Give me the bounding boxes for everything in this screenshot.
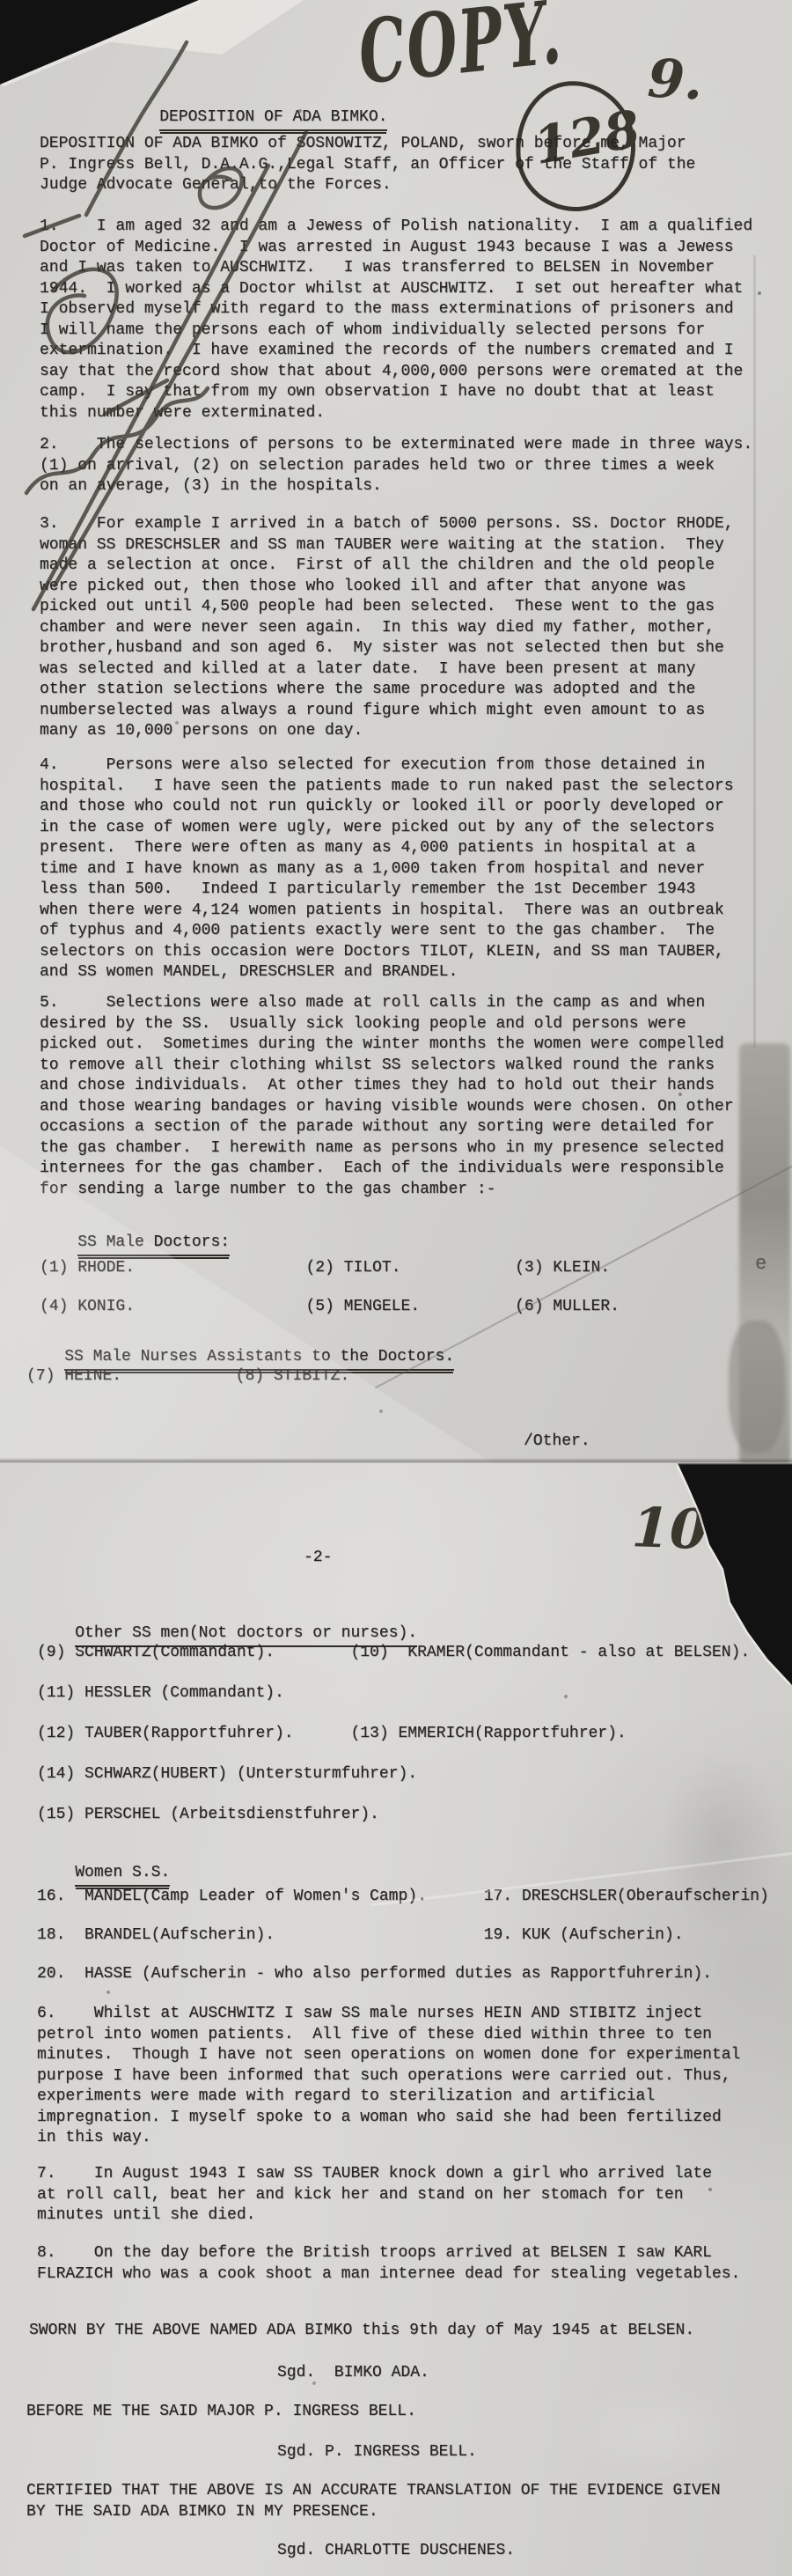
continuation-marker: /Other. <box>524 1432 590 1453</box>
torn-edge-flap <box>88 0 304 55</box>
paragraph-7: 7. In August 1943 I saw SS TAUBER knock … <box>37 2164 712 2226</box>
paragraph-2: 2. The selections of persons to be exter… <box>40 435 752 497</box>
handwritten-page-number-9: 9. <box>646 48 704 112</box>
paragraph-1: 1. I am aged 32 and am a Jewess of Polis… <box>40 217 752 423</box>
page-2-label: -2- <box>304 1548 332 1569</box>
women-ss-list: 16. MANDEL(Camp Leader of Women's Camp).… <box>37 1877 769 1993</box>
dust-specks <box>0 0 2 2</box>
before-me-line: BEFORE ME THE SAID MAJOR P. INGRESS BELL… <box>26 2402 416 2423</box>
certified-statement: CERTIFIED THAT THE ABOVE IS AN ACCURATE … <box>26 2481 721 2522</box>
paragraph-6: 6. Whilst at AUSCHWITZ I saw SS male nur… <box>37 2004 740 2149</box>
other-ss-list: (9) SCHWARTZ(Commandant). (10) KRAMER(Co… <box>37 1632 750 1835</box>
doctors-list: (1) RHODE. (2) TILOT. (3) KLEIN. (4) KON… <box>40 1248 620 1326</box>
signature-bell: Sgd. P. INGRESS BELL. <box>277 2442 477 2463</box>
nurses-list: (7) HEINE. (8) STIBITZ. <box>26 1366 349 1387</box>
paragraph-3: 3. For example I arrived in a batch of 5… <box>40 514 734 742</box>
signature-duschenes: Sgd. CHARLOTTE DUSCHENES. <box>277 2541 515 2562</box>
deposition-page-1: COPY. 128 9. DEPOSITION OF ADA BIMKO. DE… <box>0 0 792 1463</box>
paragraph-8: 8. On the day before the British troops … <box>37 2243 740 2285</box>
signature-bimko: Sgd. BIMKO ADA. <box>277 2363 429 2384</box>
handwritten-page-number-10: 10. <box>631 1495 728 1563</box>
paragraph-4: 4. Persons were also selected for execut… <box>40 755 734 983</box>
crease-vertical <box>753 255 756 1048</box>
ink-stain-blob <box>729 1321 785 1453</box>
deposition-page-2: 10. -2- Other SS men(Not doctors or nurs… <box>0 1463 792 2576</box>
intro-paragraph: DEPOSITION OF ADA BIMKO of SOSNOWITZ, PO… <box>40 134 695 196</box>
sworn-statement: SWORN BY THE ABOVE NAMED ADA BIMKO this … <box>29 2321 694 2342</box>
paragraph-5: 5. Selections were also made at roll cal… <box>40 993 734 1200</box>
page-title-text: DEPOSITION OF ADA BIMKO. <box>159 107 387 132</box>
